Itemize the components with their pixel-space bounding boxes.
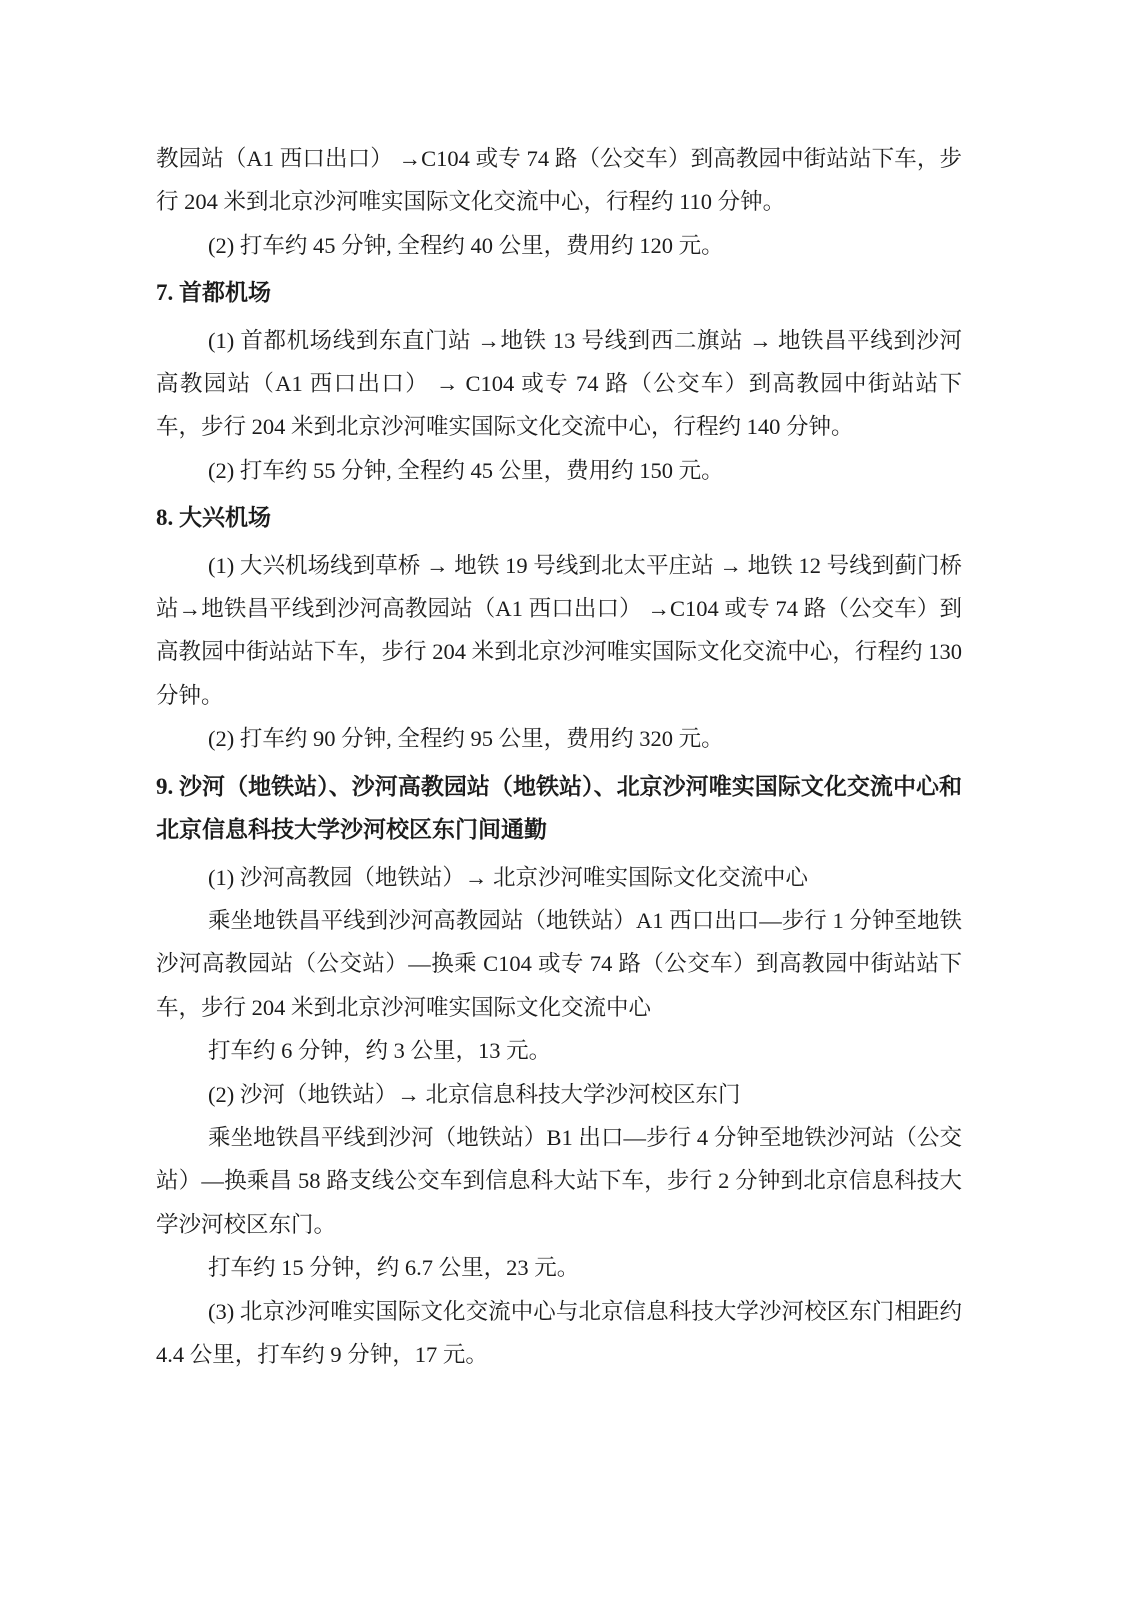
document-content: 教园站（A1 西口出口） →C104 或专 74 路（公交车）到高教园中街站站下… <box>156 137 962 1376</box>
paragraph-route-9-2-title: (2) 沙河（地铁站）→ 北京信息科技大学沙河校区东门 <box>156 1073 962 1116</box>
paragraph-route-9-2-taxi: 打车约 15 分钟，约 6.7 公里，23 元。 <box>156 1246 962 1289</box>
heading-section-8-daxing-airport: 8. 大兴机场 <box>156 496 962 539</box>
heading-section-7-capital-airport: 7. 首都机场 <box>156 271 962 314</box>
document-page: 教园站（A1 西口出口） →C104 或专 74 路（公交车）到高教园中街站站下… <box>0 0 1131 1600</box>
paragraph-route-7-taxi: (2) 打车约 55 分钟, 全程约 45 公里，费用约 150 元。 <box>156 449 962 492</box>
paragraph-route-8-taxi: (2) 打车约 90 分钟, 全程约 95 公里，费用约 320 元。 <box>156 717 962 760</box>
paragraph-route-9-2-transit: 乘坐地铁昌平线到沙河（地铁站）B1 出口—步行 4 分钟至地铁沙河站（公交站）—… <box>156 1116 962 1246</box>
heading-section-9-commute: 9. 沙河（地铁站）、沙河高教园站（地铁站）、北京沙河唯实国际文化交流中心和北京… <box>156 765 962 852</box>
paragraph-route-6-taxi: (2) 打车约 45 分钟, 全程约 40 公里，费用约 120 元。 <box>156 224 962 267</box>
paragraph-route-9-1-title: (1) 沙河高教园（地铁站）→ 北京沙河唯实国际文化交流中心 <box>156 856 962 899</box>
paragraph-route-9-1-taxi: 打车约 6 分钟，约 3 公里，13 元。 <box>156 1029 962 1072</box>
paragraph-route-8-transit: (1) 大兴机场线到草桥 → 地铁 19 号线到北太平庄站 → 地铁 12 号线… <box>156 544 962 718</box>
paragraph-route-9-1-transit: 乘坐地铁昌平线到沙河高教园站（地铁站）A1 西口出口—步行 1 分钟至地铁沙河高… <box>156 899 962 1029</box>
paragraph-continuation-route-6: 教园站（A1 西口出口） →C104 或专 74 路（公交车）到高教园中街站站下… <box>156 137 962 224</box>
paragraph-route-9-3-distance: (3) 北京沙河唯实国际文化交流中心与北京信息科技大学沙河校区东门相距约 4.4… <box>156 1290 962 1377</box>
paragraph-route-7-transit: (1) 首都机场线到东直门站 →地铁 13 号线到西二旗站 → 地铁昌平线到沙河… <box>156 319 962 449</box>
